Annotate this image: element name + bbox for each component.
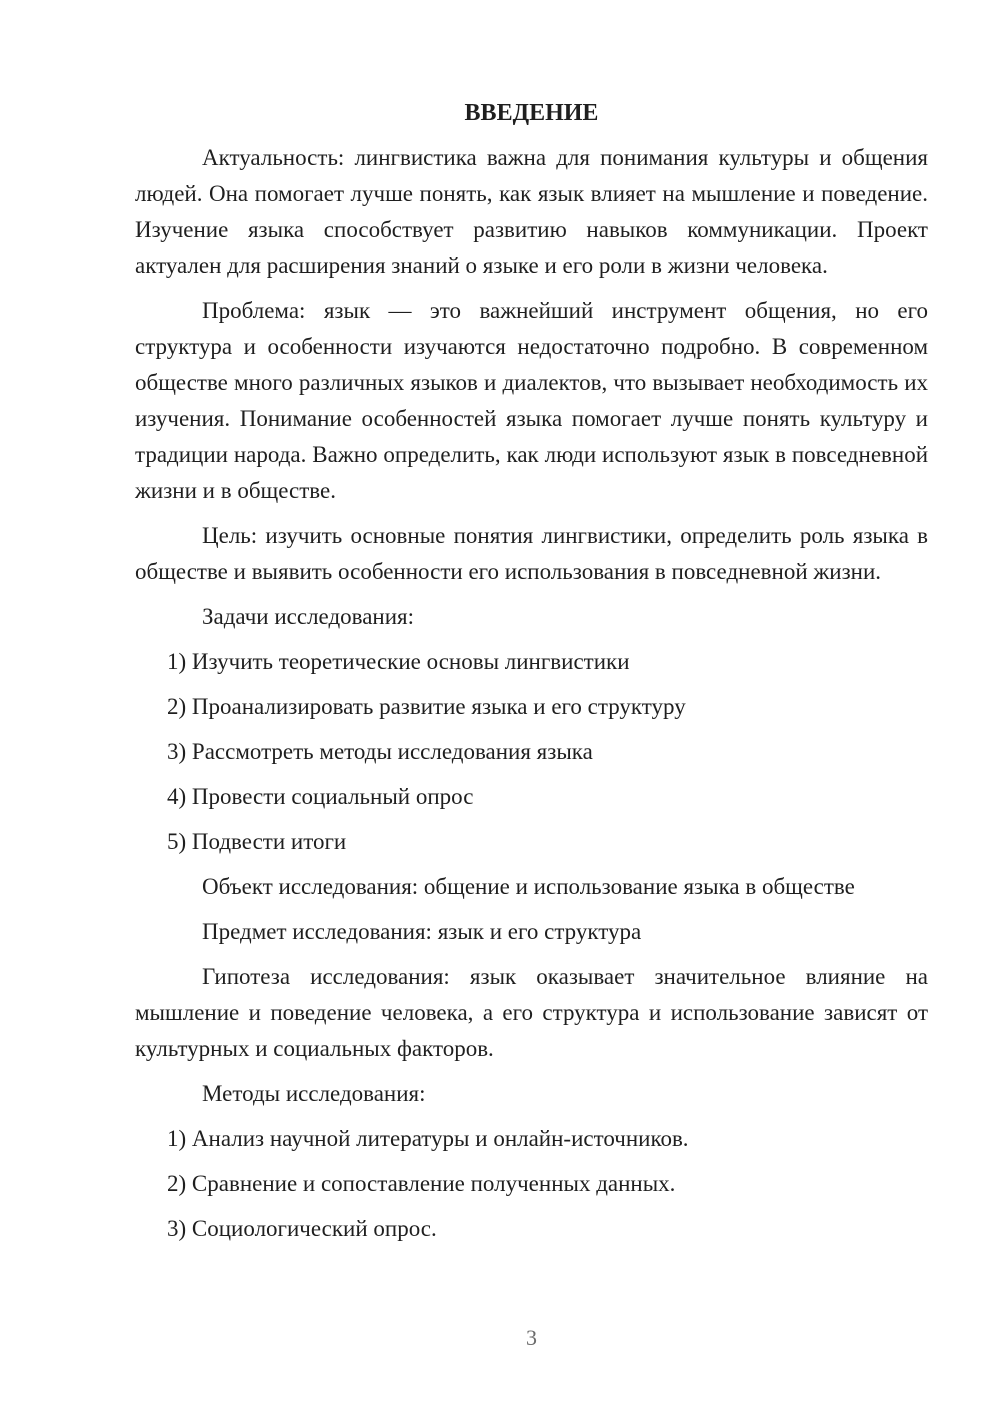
paragraph-problem: Проблема: язык — это важнейший инструмен… [135,293,928,509]
document-page: ВВЕДЕНИЕ Актуальность: лингвистика важна… [0,0,1000,1414]
paragraph-subject: Предмет исследования: язык и его структу… [135,914,928,950]
task-item: 2) Проанализировать развитие языка и его… [135,689,928,725]
method-item: 2) Сравнение и сопоставление полученных … [135,1166,928,1202]
task-item: 3) Рассмотреть методы исследования языка [135,734,928,770]
paragraph-goal: Цель: изучить основные понятия лингвисти… [135,518,928,590]
page-content: ВВЕДЕНИЕ Актуальность: лингвистика важна… [135,95,928,1256]
method-item: 3) Социологический опрос. [135,1211,928,1247]
page-number: 3 [135,1322,928,1354]
task-item: 5) Подвести итоги [135,824,928,860]
tasks-heading: Задачи исследования: [135,599,928,635]
methods-heading: Методы исследования: [135,1076,928,1112]
method-item: 1) Анализ научной литературы и онлайн-ис… [135,1121,928,1157]
paragraph-actuality: Актуальность: лингвистика важна для пони… [135,140,928,284]
task-item: 1) Изучить теоретические основы лингвист… [135,644,928,680]
paragraph-hypothesis: Гипотеза исследования: язык оказывает зн… [135,959,928,1067]
task-item: 4) Провести социальный опрос [135,779,928,815]
page-title: ВВЕДЕНИЕ [135,95,928,131]
paragraph-object: Объект исследования: общение и использов… [135,869,928,905]
